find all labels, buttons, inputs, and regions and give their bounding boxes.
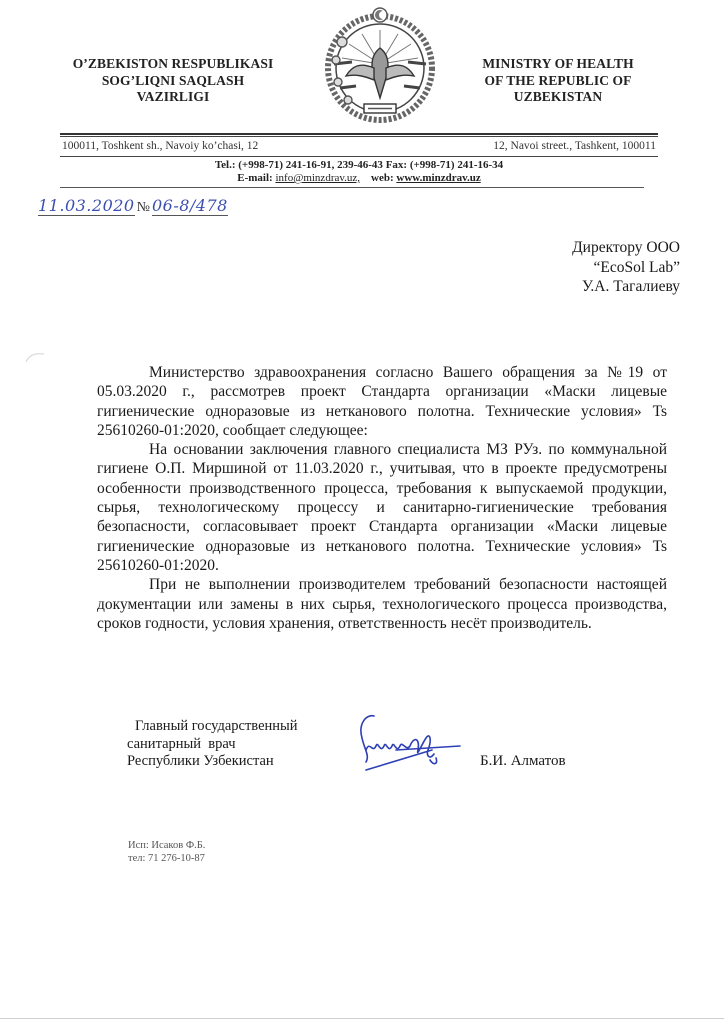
signatory-title-line-1: Главный государственный — [127, 718, 298, 736]
addressee-block: Директору ООО “EcoSol Lab” У.А. Тагалиев… — [520, 238, 680, 297]
letterhead-divider-bottom — [60, 187, 644, 188]
signatory-title-line-3: Республики Узбекистан — [127, 753, 298, 771]
tel-value: (+998-71) 241-16-91, 239-46-43 — [238, 159, 383, 171]
state-emblem-icon — [312, 2, 448, 124]
fax-value: (+998-71) 241-16-34 — [410, 159, 503, 171]
org-name-uz-line-2: SOG’LIQNI SAQLASH — [58, 73, 288, 90]
addressee-line-3: У.А. Тагалиеву — [520, 277, 680, 297]
web-label: web: — [371, 172, 394, 184]
signatory-title-line-2: санитарный врач — [127, 736, 298, 754]
org-name-en-line-3: UZBEKISTAN — [458, 89, 658, 106]
org-name-uz-line-3: VAZIRLIGI — [58, 89, 288, 106]
org-name-uz-line-1: O’ZBEKISTON RESPUBLIKASI — [58, 56, 288, 73]
handwritten-signature-icon — [336, 710, 466, 782]
fax-label: Fax: — [386, 159, 407, 171]
body-paragraph-1: Министерство здравоохранения согласно Ва… — [97, 363, 667, 440]
addressee-line-2: “EcoSol Lab” — [520, 258, 680, 278]
executor-info: Исп: Исаков Ф.Б. тел: 71 276-10-87 — [128, 839, 205, 865]
letterhead-divider-double — [60, 133, 658, 137]
signatory-title: Главный государственный санитарный врач … — [127, 718, 298, 771]
executor-name: Исп: Исаков Ф.Б. — [128, 839, 205, 852]
body-paragraph-3: При не выполнении производителем требова… — [97, 575, 667, 633]
outgoing-date: 11.03.2020 — [38, 196, 135, 216]
scan-bottom-edge — [0, 1018, 724, 1019]
number-sign: № — [137, 200, 150, 215]
tel-label: Tel.: — [215, 159, 236, 171]
outgoing-reference: 11.03.2020№06-8/478 — [38, 196, 228, 216]
email-link[interactable]: info@minzdrav.uz, — [275, 172, 360, 184]
executor-phone: тел: 71 276-10-87 — [128, 852, 205, 865]
letterhead-divider — [60, 156, 658, 157]
org-name-english: MINISTRY OF HEALTH OF THE REPUBLIC OF UZ… — [458, 56, 658, 106]
signatory-name: Б.И. Алматов — [480, 753, 566, 770]
org-name-en-line-1: MINISTRY OF HEALTH — [458, 56, 658, 73]
web-link[interactable]: www.minzdrav.uz — [396, 172, 480, 184]
org-name-uzbek: O’ZBEKISTON RESPUBLIKASI SOG’LIQNI SAQLA… — [58, 56, 288, 106]
org-name-en-line-2: OF THE REPUBLIC OF — [458, 73, 658, 90]
body-paragraph-2: На основании заключения главного специал… — [97, 440, 667, 575]
address-english: 12, Navoi street., Tashkent, 100011 — [493, 140, 656, 152]
scan-punch-mark — [24, 350, 46, 364]
contact-email-web: E-mail: info@minzdrav.uz, web: www.minzd… — [60, 172, 658, 184]
outgoing-number: 06-8/478 — [152, 196, 228, 216]
contact-phone-fax: Tel.: (+998-71) 241-16-91, 239-46-43 Fax… — [60, 159, 658, 171]
address-uzbek: 100011, Toshkent sh., Navoiy ko’chasi, 1… — [62, 140, 258, 152]
email-label: E-mail: — [237, 172, 272, 184]
addressee-line-1: Директору ООО — [520, 238, 680, 258]
letter-body: Министерство здравоохранения согласно Ва… — [97, 363, 667, 633]
